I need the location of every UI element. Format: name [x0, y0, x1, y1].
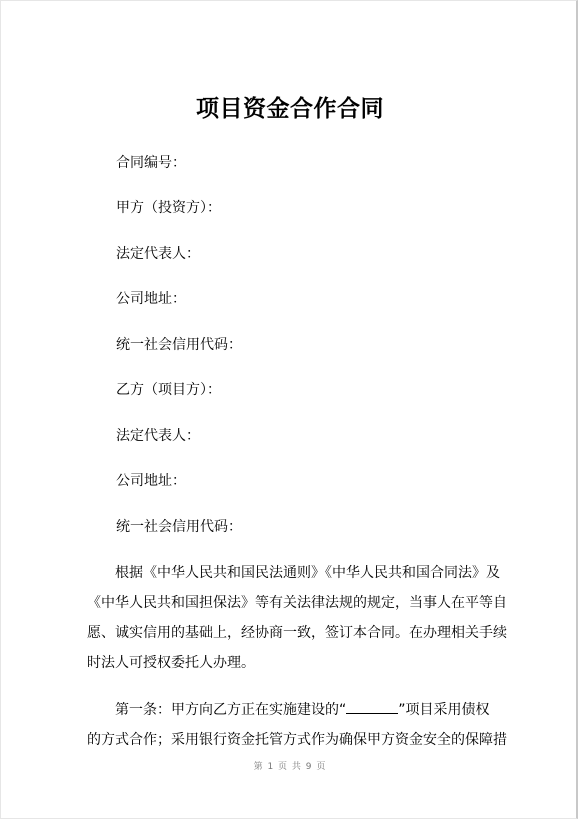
- preamble-line-1: 根据《中华人民共和国民法通则》《中华人民共和国合同法》及: [115, 563, 500, 583]
- party-a-legal-rep-field: 法定代表人：: [116, 244, 200, 264]
- party-b-field: 乙方（项目方）：: [116, 380, 221, 400]
- party-a-field: 甲方（投资方）：: [116, 198, 221, 218]
- party-a-credit-code-field: 统一社会信用代码：: [116, 335, 242, 355]
- party-b-credit-code-field: 统一社会信用代码：: [116, 517, 242, 537]
- article-1-suffix: ”项目采用债权: [398, 702, 489, 718]
- document-title: 项目资金合作合同: [1, 93, 579, 125]
- party-b-legal-rep-field: 法定代表人：: [116, 426, 200, 446]
- party-b-address-field: 公司地址：: [116, 471, 186, 491]
- article-1-prefix: 第一条：甲方向乙方正在实施建设的“: [115, 702, 346, 718]
- preamble-line-2: 《中华人民共和国担保法》等有关法律法规的规定，当事人在平等自: [87, 593, 507, 613]
- article-1-line-1: 第一条：甲方向乙方正在实施建设的“”项目采用债权: [115, 699, 490, 720]
- preamble-line-3: 愿、诚实信用的基础上，经协商一致，签订本合同。在办理相关手续: [87, 623, 507, 643]
- contract-number-field: 合同编号：: [116, 153, 186, 173]
- party-a-address-field: 公司地址：: [116, 289, 186, 309]
- page-indicator: 第 1 页 共 9 页: [1, 761, 579, 773]
- preamble-line-4: 时法人可授权委托人办理。: [87, 653, 255, 673]
- project-name-blank: [346, 699, 398, 714]
- document-page: 项目资金合作合同 合同编号： 甲方（投资方）： 法定代表人： 公司地址： 统一社…: [0, 0, 578, 819]
- article-1-line-2: 的方式合作；采用银行资金托管方式作为确保甲方资金安全的保障措: [87, 730, 507, 750]
